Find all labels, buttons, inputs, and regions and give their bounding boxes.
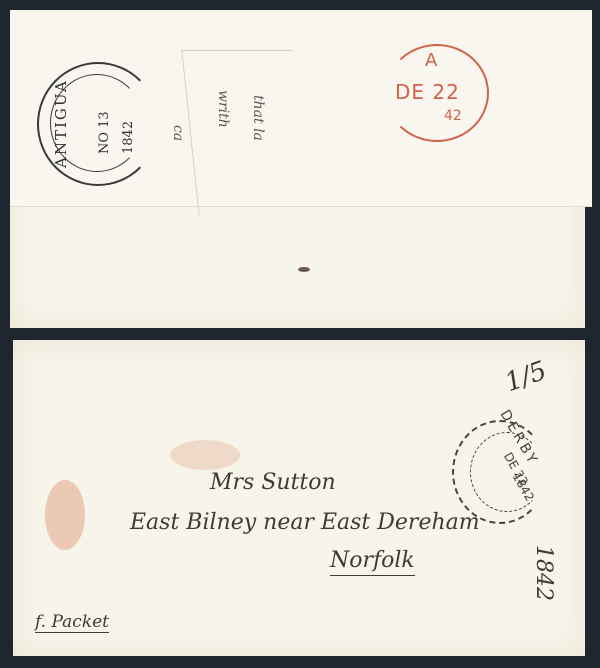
antigua-postmark: ANTIGUA NO 13 1842 bbox=[60, 58, 170, 188]
addressee-name: Mrs Sutton bbox=[210, 470, 336, 495]
derby-postmark-inner-ring bbox=[470, 432, 544, 512]
address-county: Norfolk bbox=[330, 548, 415, 576]
flap-handwriting-3: that la bbox=[250, 95, 266, 141]
london-postmark-date: DE 22 bbox=[395, 80, 460, 104]
faded-red-marking bbox=[170, 440, 240, 470]
faded-red-marking bbox=[45, 480, 85, 550]
flap-fold-line bbox=[181, 50, 309, 216]
handwritten-year: 1842 bbox=[531, 545, 556, 601]
flap-handwriting-2: writh bbox=[215, 90, 231, 128]
antigua-postmark-town: ANTIGUA bbox=[52, 79, 70, 168]
london-postmark-code: A bbox=[425, 50, 437, 71]
london-postmark-year: 42 bbox=[444, 108, 462, 124]
antigua-postmark-date: NO 13 bbox=[97, 111, 112, 154]
antigua-postmark-year: 1842 bbox=[121, 121, 136, 154]
sender-routing-note: f. Packet bbox=[35, 612, 109, 633]
ink-blot bbox=[298, 267, 310, 272]
address-street: East Bilney near East Dereham bbox=[130, 510, 480, 535]
flap-handwriting-1: ca bbox=[170, 125, 186, 141]
